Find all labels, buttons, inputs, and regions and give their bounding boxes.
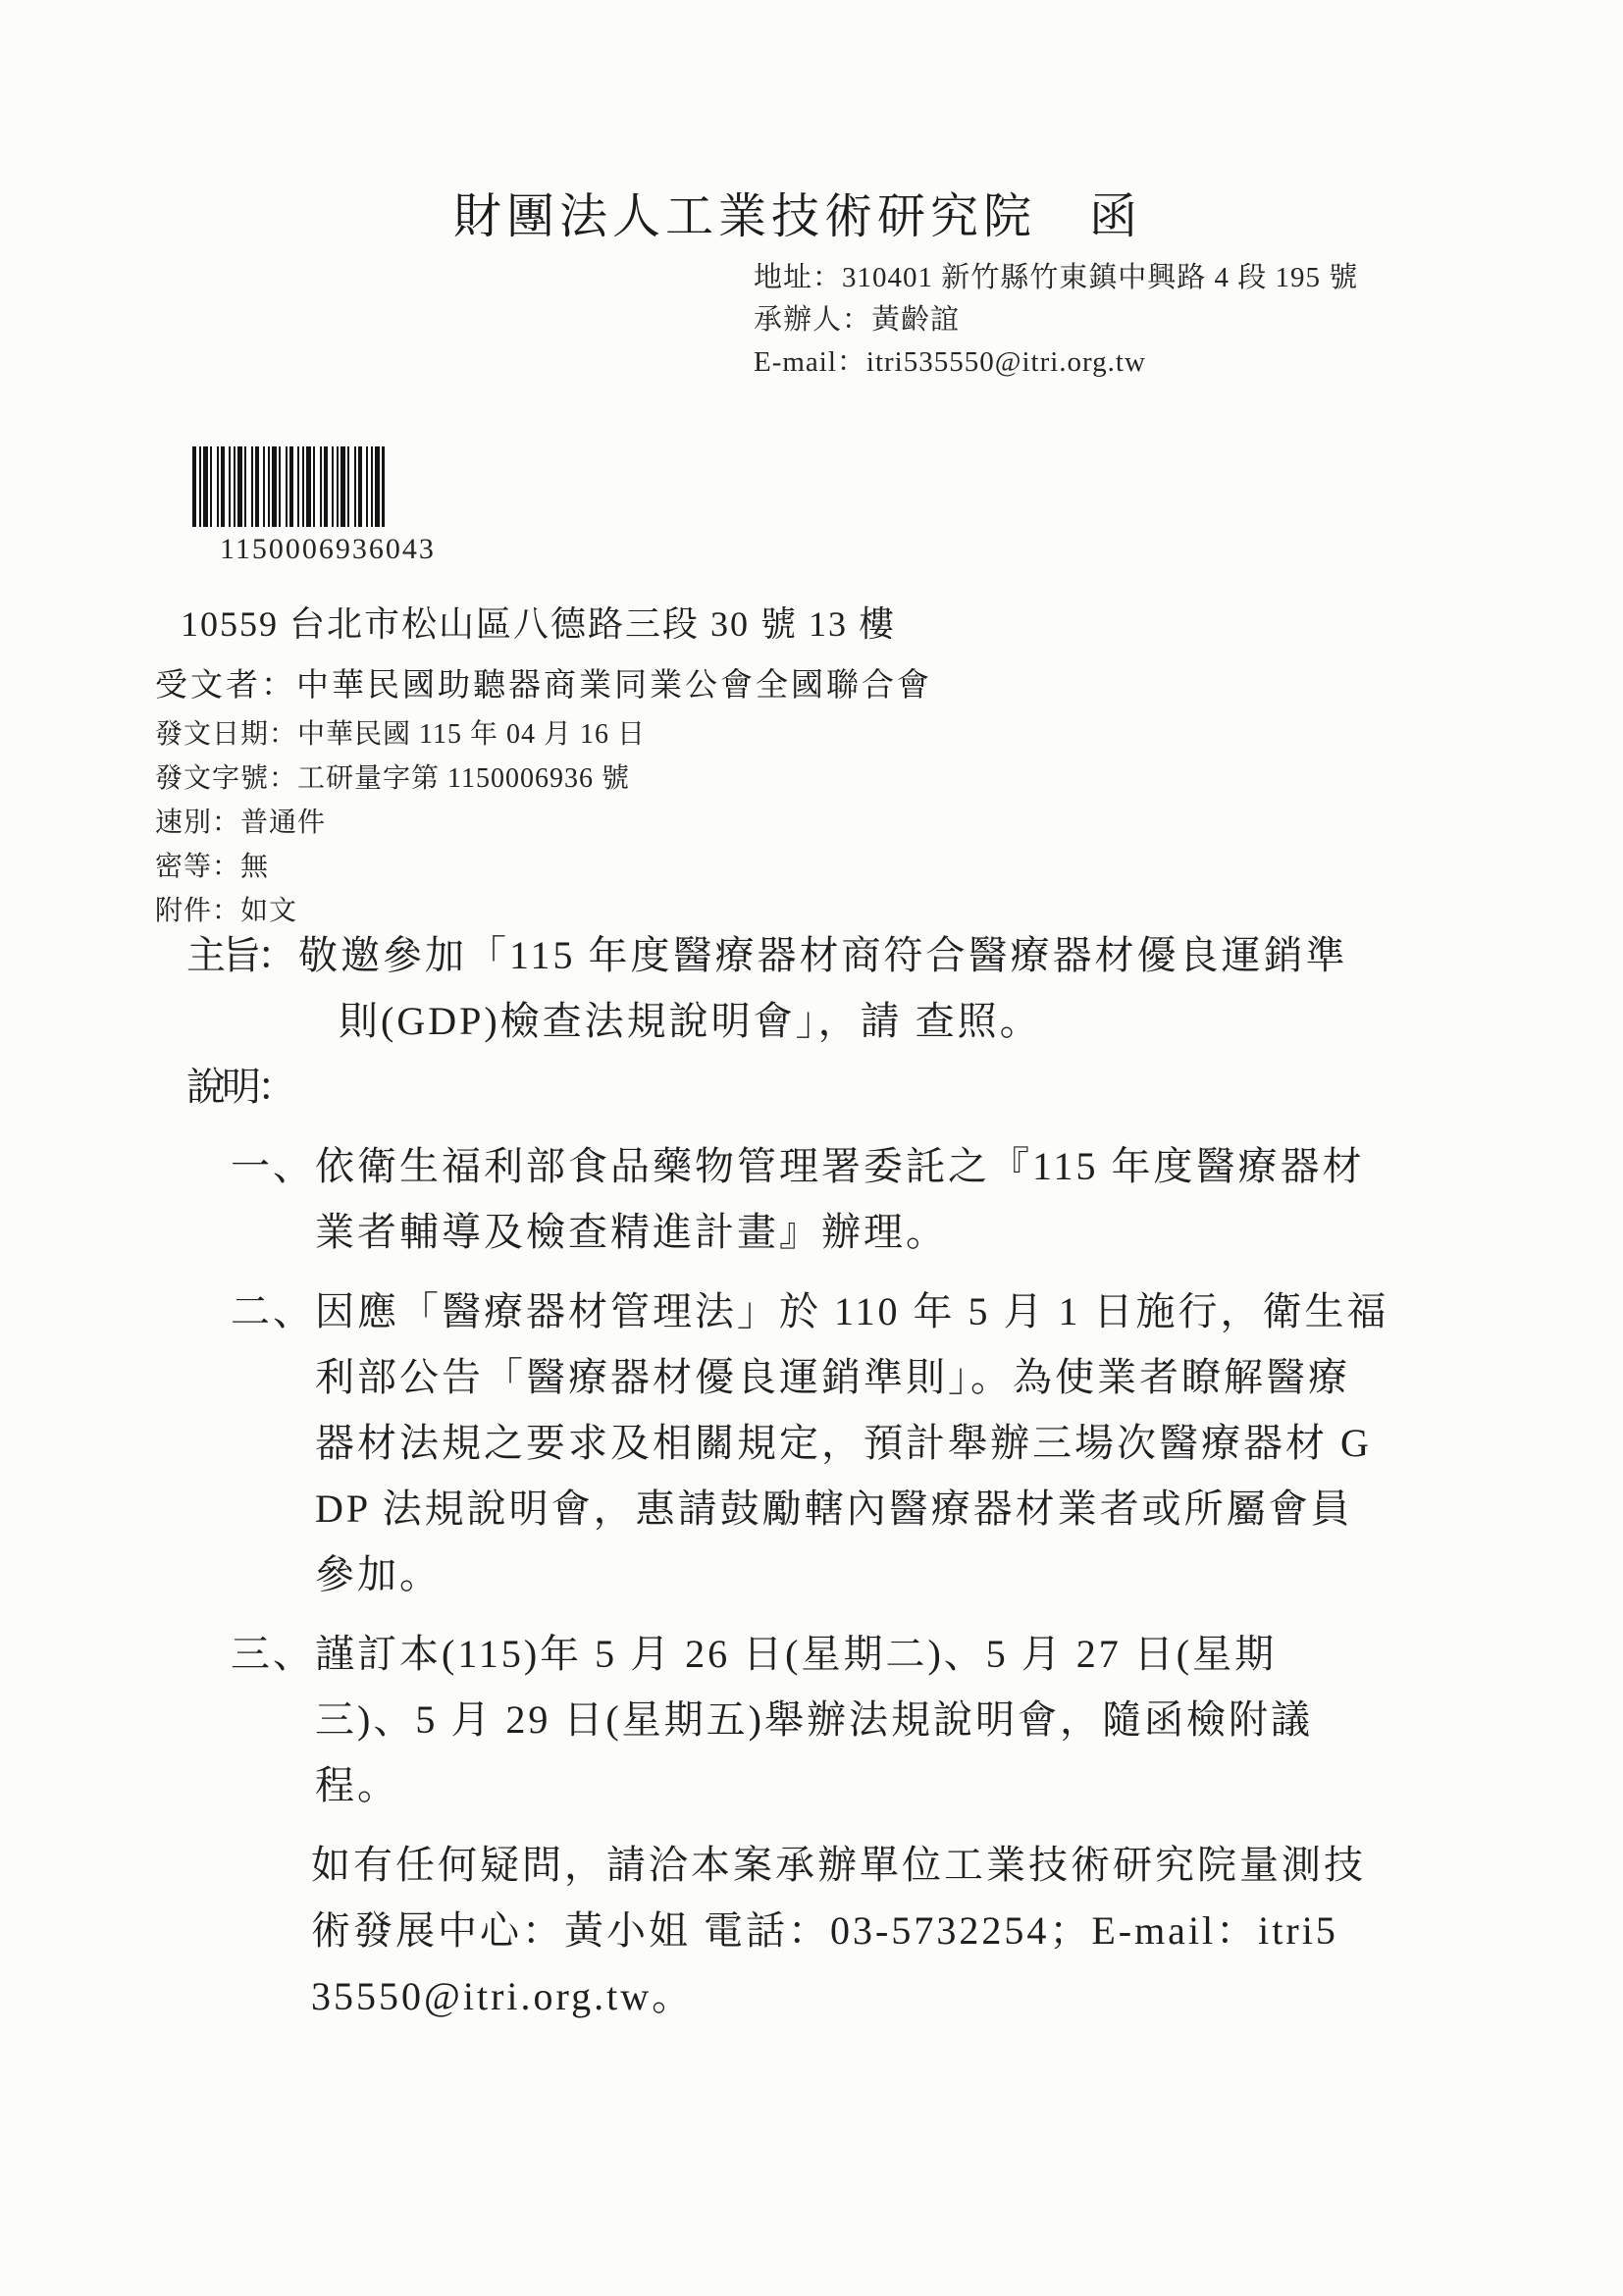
meta-label: 密等： bbox=[155, 852, 240, 882]
meta-security-class: 密等：無 bbox=[155, 845, 646, 889]
item-number: 三、 bbox=[231, 1621, 315, 1687]
item-number: 一、 bbox=[231, 1133, 315, 1199]
item-line: 謹訂本(115)年 5 月 26 日(星期二)、5 月 27 日(星期 bbox=[315, 1621, 1531, 1687]
sender-email: E-mail：itri535550@itri.org.tw bbox=[754, 341, 1358, 384]
item-line: 因應「醫療器材管理法」於 110 年 5 月 1 日施行，衛生福 bbox=[315, 1278, 1531, 1344]
closing-line: 如有任何疑問，請洽本案承辦單位工業技術研究院量測技 bbox=[311, 1832, 1531, 1898]
subject-line: 則(GDP)檢查法規說明會」，請 查照。 bbox=[339, 988, 1531, 1054]
letter-body: 主旨： 敬邀參加「115 年度醫療器材商符合醫療器材優良運銷準 則(GDP)檢查… bbox=[0, 922, 1531, 2029]
recipient-label: 受文者： bbox=[155, 668, 296, 704]
meta-doc-number: 發文字號：工研量字第 1150006936 號 bbox=[155, 757, 646, 801]
barcode-block: 1150006936043 bbox=[192, 446, 506, 566]
postal-address: 10559 台北市松山區八德路三段 30 號 13 樓 bbox=[181, 597, 896, 647]
item-line: 程。 bbox=[315, 1752, 1531, 1818]
meta-value: 普通件 bbox=[240, 808, 326, 838]
item-line: 參加。 bbox=[315, 1541, 1531, 1607]
meta-speed: 速別：普通件 bbox=[155, 801, 646, 845]
meta-send-date: 發文日期：中華民國 115 年 04 月 16 日 bbox=[155, 712, 646, 757]
meta-label: 發文字號： bbox=[155, 763, 297, 794]
explanation-label: 說明： bbox=[0, 1054, 1531, 1120]
item-lines: 因應「醫療器材管理法」於 110 年 5 月 1 日施行，衛生福 利部公告「醫療… bbox=[315, 1278, 1531, 1607]
item-line: 依衛生福利部食品藥物管理署委託之『115 年度醫療器材 bbox=[315, 1133, 1531, 1199]
subject-line: 敬邀參加「115 年度醫療器材商符合醫療器材優良運銷準 bbox=[298, 922, 1531, 988]
closing-line: 35550@itri.org.tw。 bbox=[311, 1963, 1531, 2029]
item-line: 利部公告「醫療器材優良運銷準則」。為使業者瞭解醫療 bbox=[315, 1344, 1531, 1410]
item-lines: 如有任何疑問，請洽本案承辦單位工業技術研究院量測技 術發展中心：黃小姐 電話：0… bbox=[311, 1832, 1531, 2029]
barcode-image bbox=[192, 446, 385, 527]
item-line: 三)、5 月 29 日(星期五)舉辦法規說明會，隨函檢附議 bbox=[315, 1687, 1531, 1752]
recipient-line: 受文者：中華民國助聽器商業同業公會全國聯合會 bbox=[155, 659, 932, 705]
sender-info-block: 地址：310401 新竹縣竹東鎮中興路 4 段 195 號 承辦人：黃齡誼 E-… bbox=[754, 257, 1358, 384]
meta-label: 速別： bbox=[155, 808, 240, 838]
subject-section: 主旨： 敬邀參加「115 年度醫療器材商符合醫療器材優良運銷準 則(GDP)檢查… bbox=[0, 922, 1531, 1054]
document-page: 財團法人工業技術研究院 函 地址：310401 新竹縣竹東鎮中興路 4 段 19… bbox=[0, 0, 1623, 2296]
item-line: 業者輔導及檢查精進計畫』辦理。 bbox=[315, 1199, 1531, 1265]
explanation-item-1: 一、 依衛生福利部食品藥物管理署委託之『115 年度醫療器材 業者輔導及檢查精進… bbox=[0, 1133, 1531, 1265]
explanation-item-2: 二、 因應「醫療器材管理法」於 110 年 5 月 1 日施行，衛生福 利部公告… bbox=[0, 1278, 1531, 1607]
contact-person: 承辦人：黃齡誼 bbox=[754, 299, 1358, 341]
item-lines: 謹訂本(115)年 5 月 26 日(星期二)、5 月 27 日(星期 三)、5… bbox=[315, 1621, 1531, 1818]
recipient-value: 中華民國助聽器商業同業公會全國聯合會 bbox=[296, 668, 932, 704]
document-title: 財團法人工業技術研究院 函 bbox=[453, 179, 1142, 247]
meta-value: 中華民國 115 年 04 月 16 日 bbox=[297, 719, 646, 750]
barcode-number: 1150006936043 bbox=[220, 533, 506, 566]
meta-block: 發文日期：中華民國 115 年 04 月 16 日 發文字號：工研量字第 115… bbox=[155, 712, 646, 933]
closing-line: 術發展中心：黃小姐 電話：03-5732254；E-mail：itri5 bbox=[311, 1898, 1531, 1963]
closing-paragraph: 如有任何疑問，請洽本案承辦單位工業技術研究院量測技 術發展中心：黃小姐 電話：0… bbox=[0, 1832, 1531, 2029]
meta-value: 無 bbox=[240, 852, 269, 882]
subject-label: 主旨： bbox=[186, 922, 298, 988]
item-line: DP 法規說明會，惠請鼓勵轄內醫療器材業者或所屬會員 bbox=[315, 1476, 1531, 1541]
meta-value: 工研量字第 1150006936 號 bbox=[297, 763, 630, 794]
item-number: 二、 bbox=[231, 1278, 315, 1344]
item-line: 器材法規之要求及相關規定，預計舉辦三場次醫療器材 G bbox=[315, 1410, 1531, 1476]
item-lines: 依衛生福利部食品藥物管理署委託之『115 年度醫療器材 業者輔導及檢查精進計畫』… bbox=[315, 1133, 1531, 1265]
explanation-item-3: 三、 謹訂本(115)年 5 月 26 日(星期二)、5 月 27 日(星期 三… bbox=[0, 1621, 1531, 1818]
sender-address: 地址：310401 新竹縣竹東鎮中興路 4 段 195 號 bbox=[754, 257, 1358, 299]
meta-label: 發文日期： bbox=[155, 719, 297, 750]
subject-lines: 敬邀參加「115 年度醫療器材商符合醫療器材優良運銷準 則(GDP)檢查法規說明… bbox=[298, 922, 1531, 1054]
